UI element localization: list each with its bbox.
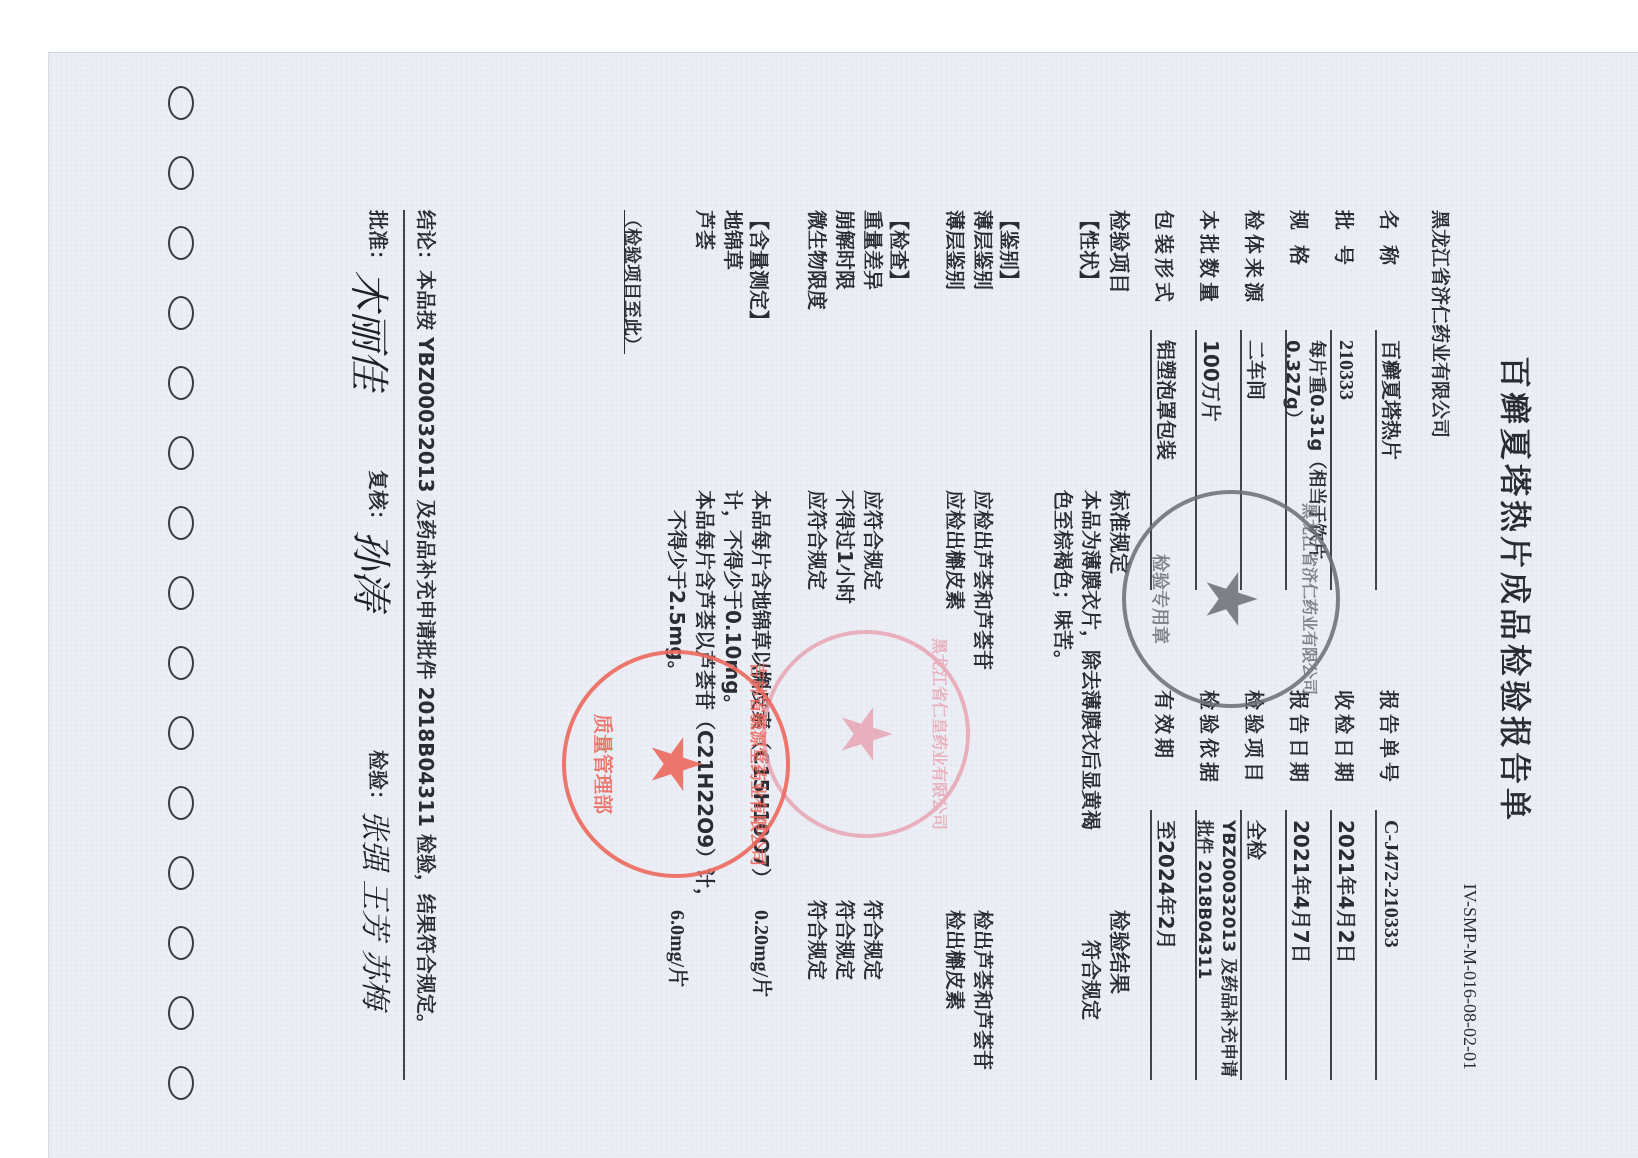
- red-quality-stamp: ★ 吉林省毓源堂药业有限公司 质量管理部: [562, 650, 790, 878]
- field-source: 检体来源: [1241, 210, 1270, 306]
- field-source-value: 二车间: [1242, 340, 1270, 400]
- star-icon: ★: [1196, 568, 1266, 631]
- field-test-items-value: 全检: [1242, 820, 1270, 860]
- end-note: （检验项目至此）: [617, 210, 645, 354]
- section-identification: 【鉴别】: [996, 210, 1025, 290]
- star-icon: ★: [831, 703, 901, 766]
- field-report-no-value: C-J472-210333: [1377, 820, 1405, 948]
- punch-hole-icon: [168, 1066, 194, 1100]
- field-report-date: 报告日期: [1286, 690, 1315, 786]
- field-batch-value: 210333: [1332, 340, 1360, 400]
- item-text: 芦荟: [691, 210, 719, 250]
- punch-hole-icon: [168, 926, 194, 960]
- item-text: 崩解时限: [831, 210, 859, 290]
- standard-text: 本品为薄膜衣片，除去薄膜衣后显黄褐: [1077, 490, 1105, 830]
- pink-company-stamp: ★ 黑龙江省仁皇药业有限公司: [762, 630, 970, 838]
- conclusion: 结论：本品按 YBZ00032013 及药品补充申请批件 2018B04311 …: [412, 210, 440, 1034]
- field-expiry-value: 至2024年2月: [1152, 820, 1180, 950]
- inspect-label: 检验：: [364, 750, 392, 810]
- field-name-value: 百癣夏塔热片: [1377, 340, 1405, 460]
- document-code: IV-SMP-M-016-08-02-01: [1459, 884, 1480, 1070]
- standard-text: 应符合规定: [803, 490, 831, 590]
- result-text: 符合规定: [859, 900, 887, 980]
- result-text: 检出芦荟和芦荟苷: [969, 910, 997, 1070]
- punch-hole-icon: [168, 296, 194, 330]
- result-text: 符合规定: [1077, 940, 1105, 1020]
- inspection-report-page: 百癣夏塔热片成品检验报告单 IV-SMP-M-016-08-02-01 黑龙江省…: [120, 70, 1570, 1110]
- punch-hole-icon: [168, 226, 194, 260]
- standard-text: 色至棕褐色；味苦。: [1049, 490, 1077, 670]
- punch-hole-strip: [150, 70, 210, 1110]
- field-quantity: 本批数量: [1196, 210, 1225, 306]
- field-report-date-value: 2021年4月7日: [1287, 820, 1315, 964]
- approver-signature: 木丽佳: [343, 270, 400, 390]
- header-test-item: 检验项目: [1105, 210, 1135, 294]
- section-description: 【性状】: [1076, 210, 1105, 290]
- standard-text: 应检出芦荟和芦荟苷: [969, 490, 997, 670]
- item-text: 薄层鉴别: [941, 210, 969, 290]
- section-assay: 【含量测定】: [746, 210, 775, 330]
- approve-label: 批准：: [364, 210, 392, 270]
- gray-inspection-stamp: ★ 黑龙江省济仁药业有限公司 检验专用章: [1122, 490, 1340, 708]
- field-report-no: 报告单号: [1376, 690, 1405, 786]
- result-text: 检出槲皮素: [941, 910, 969, 1010]
- star-icon: ★: [641, 733, 711, 796]
- field-packaging-value: 铝塑泡罩包装: [1152, 340, 1180, 460]
- result-text: 符合规定: [803, 900, 831, 980]
- punch-hole-icon: [168, 646, 194, 680]
- punch-hole-icon: [168, 786, 194, 820]
- header-result: 检验结果: [1105, 910, 1135, 994]
- reviewer-signature: 孙涛: [345, 530, 402, 610]
- punch-hole-icon: [168, 506, 194, 540]
- standard-text: 应检出槲皮素: [941, 490, 969, 610]
- company-name: 黑龙江省济仁药业有限公司: [1428, 210, 1455, 438]
- field-name: 名 称: [1376, 210, 1405, 269]
- inspector-signatures: 张强 王芳 苏梅: [356, 810, 400, 1009]
- punch-hole-icon: [168, 86, 194, 120]
- item-text: 重量差异: [859, 210, 887, 290]
- field-packaging: 包装形式: [1151, 210, 1180, 306]
- standard-text: 应符合规定: [859, 490, 887, 590]
- field-received-date-value: 2021年4月2日: [1332, 820, 1360, 964]
- field-batch: 批 号: [1331, 210, 1360, 269]
- result-text: 6.0mg/片: [663, 910, 691, 987]
- punch-hole-icon: [168, 576, 194, 610]
- standard-text: 不得过1小时: [831, 490, 859, 604]
- item-text: 微生物限度: [803, 210, 831, 310]
- result-text: 0.20mg/片: [747, 910, 775, 997]
- punch-hole-icon: [168, 156, 194, 190]
- field-quantity-value: 100万片: [1197, 340, 1225, 422]
- field-received-date: 收检日期: [1331, 690, 1360, 786]
- section-inspection: 【检查】: [886, 210, 915, 290]
- report-title: 百癣夏塔热片成品检验报告单: [1494, 70, 1540, 1110]
- punch-hole-icon: [168, 716, 194, 750]
- review-label: 复核：: [364, 470, 392, 530]
- punch-hole-icon: [168, 436, 194, 470]
- item-text: 地锦草: [719, 210, 747, 270]
- field-basis-value: YBZ00032013 及药品补充申请批件 2018B04311: [1192, 820, 1240, 1090]
- punch-hole-icon: [168, 996, 194, 1030]
- result-text: 符合规定: [831, 900, 859, 980]
- item-text: 薄层鉴别: [969, 210, 997, 290]
- punch-hole-icon: [168, 856, 194, 890]
- punch-hole-icon: [168, 366, 194, 400]
- field-spec: 规 格: [1286, 210, 1315, 269]
